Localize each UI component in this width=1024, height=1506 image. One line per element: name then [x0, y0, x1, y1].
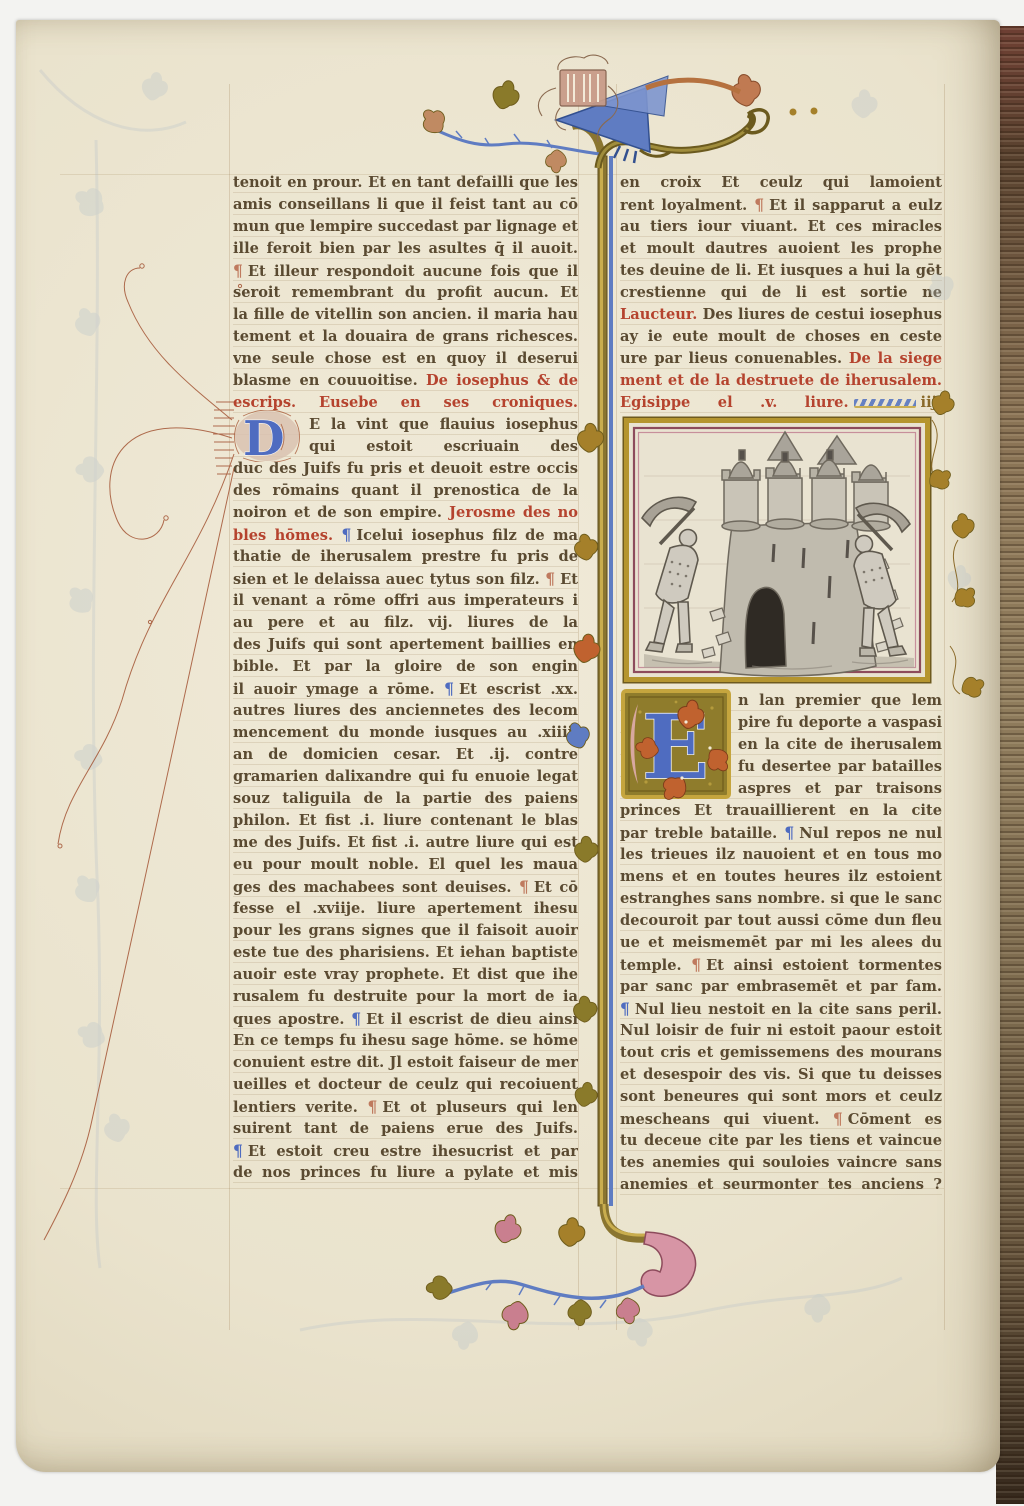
text-line: este tue des pharisiens. Et iehan baptis…	[233, 942, 578, 964]
body-text: Nul loisir de fuir ni estoit paour estoi…	[620, 1022, 942, 1042]
text-column-left: tenoit en prour. Et en tant defailli que…	[233, 172, 578, 1184]
body-text: an de domicien cesar. Et .ij. contre app…	[233, 746, 578, 766]
body-text: des Juifs qui sont apertement baillies e…	[233, 636, 578, 653]
text-line: tes anemies qui souloies vaincre sans	[620, 1152, 942, 1174]
paraph-mark: ¶	[833, 1109, 843, 1128]
body-text: me des Juifs. Et fist .i. autre liure qu…	[233, 834, 578, 851]
body-text: Et cō	[534, 879, 578, 896]
text-column-right-upper: en croix Et ceulz qui lamoient perseuere…	[620, 172, 942, 414]
body-text: Des liures de cestui iosephus	[703, 306, 942, 323]
text-line: sien et le delaissa auec tytus son filz.…	[233, 568, 578, 590]
ruling-line	[229, 84, 230, 1330]
body-text: et desespoir des vis. Si que tu deisses …	[620, 1066, 942, 1086]
body-text: aspres et par traisons	[738, 780, 942, 797]
body-text: noiron et de son empire.	[233, 504, 449, 521]
body-text: duc des Juifs fu pris et deuoit estre oc…	[233, 460, 578, 477]
illuminated-initial-e: E	[620, 688, 732, 800]
text-line: autres liures des anciennetes des lecom	[233, 700, 578, 722]
text-line: mun que lempire succedast par lignage et	[233, 216, 578, 238]
body-text: tenoit en prour. Et en tant defailli que…	[233, 174, 578, 191]
body-text: crestienne qui de li est sortie ne defai…	[620, 284, 942, 304]
body-text: par sanc par embrasemēt et par fam.	[620, 978, 942, 995]
text-line: conuient estre dit. Jl estoit faiseur de…	[233, 1052, 578, 1074]
body-text: lentiers verite.	[233, 1099, 368, 1116]
rubric-text: escrips. Eusebe en ses croniques.	[233, 394, 578, 411]
body-text: fu desertee par batailles	[738, 758, 942, 775]
text-line: en croix Et ceulz qui lamoient perseuere	[620, 172, 942, 194]
text-line: eu pour moult noble. El quel les maua	[233, 854, 578, 876]
body-text: de nos princes fu liure a pylate et mis	[233, 1164, 578, 1181]
text-line: rusalem fu destruite pour la mort de ia	[233, 986, 578, 1008]
chapter-number: iij.	[921, 394, 942, 411]
body-text: pire fu deporte a vaspasi	[738, 714, 942, 731]
body-text: suirent tant de paiens erue des Juifs.	[233, 1120, 578, 1137]
rubric-text: Egisippe el .v. liure.	[620, 394, 849, 411]
initial-letter-d: D	[243, 411, 285, 462]
text-line: ment et de la destruete de iherusalem.	[620, 370, 942, 392]
body-text: ques apostre.	[233, 1011, 351, 1028]
text-line: auoir este vray prophete. Et dist que ih…	[233, 964, 578, 986]
paraph-mark: ¶	[351, 1009, 361, 1028]
body-text: ges des machabees sont deuises.	[233, 879, 519, 896]
book-fore-edge	[996, 26, 1024, 1504]
text-line: noiron et de son empire. Jerosme des no	[233, 502, 578, 524]
text-line: suirent tant de paiens erue des Juifs.	[233, 1118, 578, 1140]
text-line: mencement du monde iusques au .xiiij.	[233, 722, 578, 744]
text-line: seroit remembrant du profit aucun. Et	[233, 282, 578, 304]
body-text: blasme en couuoitise.	[233, 372, 426, 389]
body-text: gramarien dalixandre qui fu enuoie legat	[233, 768, 578, 785]
text-line: ges des machabees sont deuises. ¶Et cō	[233, 876, 578, 898]
text-line: Egisippe el .v. liure.iij.	[620, 392, 942, 414]
body-text: anemies et seurmonter tes anciens ?	[620, 1176, 942, 1193]
body-text: au pere et au filz. vij. liures de la de…	[233, 614, 578, 634]
body-text: autres liures des anciennetes des lecom	[233, 702, 578, 719]
line-filler	[854, 399, 916, 408]
text-line: tout cris et gemissemens des mourans	[620, 1042, 942, 1064]
body-text: en la cite de iherusalem	[738, 736, 942, 753]
text-line: estranghes sans nombre. si que le sanc	[620, 888, 942, 910]
text-line: tement et la douaira de grans richesces.	[233, 326, 578, 348]
text-line: souz taliguila de la partie des paiens c…	[233, 788, 578, 810]
body-text: mescheans qui viuent.	[620, 1111, 833, 1128]
paraph-mark: ¶	[519, 877, 529, 896]
body-text: E la vint que flauius iosephus	[309, 416, 578, 433]
paraph-mark: ¶	[691, 955, 701, 974]
body-text: au tiers iour viuant. Et ces miracles	[620, 218, 942, 235]
rubric-text: De la siege	[849, 350, 942, 367]
body-text: tement et la douaira de grans richesces.	[233, 328, 578, 345]
text-line: me des Juifs. Et fist .i. autre liure qu…	[233, 832, 578, 854]
text-line: En ce temps fu ihesu sage hōme. se hōme	[233, 1030, 578, 1052]
text-line: gramarien dalixandre qui fu enuoie legat	[233, 766, 578, 788]
rubric-text: ment et de la destruete de iherusalem.	[620, 372, 942, 389]
text-line: fesse el .xviije. liure apertement ihesu…	[233, 898, 578, 920]
illuminated-initial-d: D	[229, 410, 303, 462]
body-text: rusalem fu destruite pour la mort de ia	[233, 988, 578, 1005]
text-line: et desespoir des vis. Si que tu deisses …	[620, 1064, 942, 1086]
text-line: philon. Et fist .i. liure contenant le b…	[233, 810, 578, 832]
body-text: mun que lempire succedast par lignage et	[233, 218, 578, 235]
body-text: il auoir ymage a rōme.	[233, 681, 444, 698]
body-text: thatie de iherusalem prestre fu pris de …	[233, 548, 578, 568]
text-line: des Juifs qui sont apertement baillies e…	[233, 634, 578, 656]
text-line: tu deceue cite par les tiens et vaincue …	[620, 1130, 942, 1152]
text-line: princes Et trauaillierent en la cite ded…	[620, 800, 942, 822]
text-line: rent loyalment. ¶Et il sapparut a eulz	[620, 194, 942, 216]
body-text: bible. Et par la gloire de son engin des…	[233, 658, 578, 678]
body-text: este tue des pharisiens. Et iehan baptis…	[233, 944, 578, 961]
body-text: conuient estre dit. Jl estoit faiseur de…	[233, 1054, 578, 1071]
text-line: ure par lieus conuenables. De la siege	[620, 348, 942, 370]
paraph-mark: ¶	[620, 999, 630, 1018]
text-line: mens et en toutes heures ilz estoient	[620, 866, 942, 888]
body-text: Et ainsi estoient tormentes	[706, 957, 942, 974]
body-text: des rōmains quant il prenostica de la mo…	[233, 482, 578, 502]
text-line: thatie de iherusalem prestre fu pris de …	[233, 546, 578, 568]
body-text: estranghes sans nombre. si que le sanc	[620, 890, 942, 907]
rubric-text: Laucteur.	[620, 306, 703, 323]
body-text: et moult dautres auoient les prophe	[620, 240, 942, 257]
body-text: il venant a rōme offri aus imperateurs i	[233, 592, 578, 609]
body-text: decouroit par tout aussi cōme dun fleu	[620, 912, 942, 929]
paraph-mark: ¶	[754, 195, 764, 214]
body-text: par treble bataille.	[620, 825, 784, 842]
ruling-line	[578, 84, 579, 1330]
body-text: la fille de vitellin son ancien. il mari…	[233, 306, 578, 323]
body-text: pour les grans signes que il faisoit auo…	[233, 922, 578, 939]
body-text: tu deceue cite par les tiens et vaincue …	[620, 1132, 942, 1152]
text-line: ue et meismemēt par mi les alees du	[620, 932, 942, 954]
ruling-line	[616, 84, 617, 1330]
text-line: ille feroit bien par les asultes q̄ il a…	[233, 238, 578, 260]
text-line: par sanc par embrasemēt et par fam.	[620, 976, 942, 998]
body-text: mencement du monde iusques au .xiiij.	[233, 724, 578, 741]
text-line: ¶Nul lieu nestoit en la cite sans peril.	[620, 998, 942, 1020]
body-text: Et ot pluseurs qui len	[382, 1099, 578, 1116]
ruling-line	[944, 84, 945, 1330]
paraph-mark: ¶	[444, 679, 454, 698]
text-line: ueilles et docteur de ceulz qui recoiuen…	[233, 1074, 578, 1096]
text-line: de nos princes fu liure a pylate et mis	[233, 1162, 578, 1184]
body-text: Et il sapparut a eulz	[769, 197, 942, 214]
paraph-mark: ¶	[545, 569, 555, 588]
text-line: au tiers iour viuant. Et ces miracles	[620, 216, 942, 238]
text-line: bles hōmes. ¶Icelui iosephus filz de ma	[233, 524, 578, 546]
rubric-text: Jerosme des no	[449, 504, 578, 521]
body-text: Et il escrist de dieu ainsi	[366, 1011, 578, 1028]
body-text: qui estoit escriuain des hystoires &	[309, 438, 578, 458]
text-line: et moult dautres auoient les prophe	[620, 238, 942, 260]
text-line: il auoir ymage a rōme. ¶Et escrist .xx.	[233, 678, 578, 700]
body-text: tes anemies qui souloies vaincre sans	[620, 1154, 942, 1171]
text-line: mescheans qui viuent. ¶Cōment es	[620, 1108, 942, 1130]
body-text: mens et en toutes heures ilz estoient	[620, 868, 942, 885]
text-line: ay ie eute moult de choses en ceste oeu	[620, 326, 942, 348]
body-text: amis conseillans li que il feist tant au…	[233, 196, 578, 213]
miniature-demolition-of-jerusalem	[622, 416, 932, 684]
text-line: il venant a rōme offri aus imperateurs i	[233, 590, 578, 612]
main-wall	[720, 522, 876, 676]
body-text: sont beneures qui sont mors et ceulz son…	[620, 1088, 942, 1108]
text-line: les trieues ilz nauoient et en tous mo	[620, 844, 942, 866]
gate-door	[745, 587, 786, 668]
body-text: vne seule chose est en quoy il deserui e…	[233, 350, 578, 370]
body-text: souz taliguila de la partie des paiens c…	[233, 790, 578, 810]
body-text: tes deuine de li. Et iusques a hui la gē…	[620, 262, 942, 279]
text-line: Laucteur. Des liures de cestui iosephus	[620, 304, 942, 326]
paraph-mark: ¶	[233, 261, 243, 280]
text-line: temple. ¶Et ainsi estoient tormentes	[620, 954, 942, 976]
text-line: des rōmains quant il prenostica de la mo…	[233, 480, 578, 502]
text-line: au pere et au filz. vij. liures de la de…	[233, 612, 578, 634]
text-line: tenoit en prour. Et en tant defailli que…	[233, 172, 578, 194]
paraph-mark: ¶	[784, 823, 794, 842]
text-line: an de domicien cesar. Et .ij. contre app…	[233, 744, 578, 766]
text-line: ¶Et illeur respondoit aucune fois que il	[233, 260, 578, 282]
body-text: les trieues ilz nauoient et en tous mo	[620, 846, 942, 863]
text-line: blasme en couuoitise. De iosephus & de s…	[233, 370, 578, 392]
body-text: ueilles et docteur de ceulz qui recoiuen…	[233, 1076, 578, 1096]
text-line: sont beneures qui sont mors et ceulz son…	[620, 1086, 942, 1108]
text-line: vne seule chose est en quoy il deserui e…	[233, 348, 578, 370]
body-text: En ce temps fu ihesu sage hōme. se hōme	[233, 1032, 578, 1049]
text-line: pour les grans signes que il faisoit auo…	[233, 920, 578, 942]
body-text: temple.	[620, 957, 691, 974]
body-text: ue et meismemēt par mi les alees du	[620, 934, 942, 951]
body-text: Et estoit creu estre ihesucrist et par ē…	[233, 1143, 578, 1162]
body-text: Nul lieu nestoit en la cite sans peril.	[635, 1001, 942, 1018]
body-text: ille feroit bien par les asultes q̄ il a…	[233, 240, 578, 257]
paraph-mark: ¶	[368, 1097, 378, 1116]
text-line: ¶Et estoit creu estre ihesucrist et par …	[233, 1140, 578, 1162]
body-text: Et illeur respondoit aucune fois que il	[248, 263, 578, 280]
body-text: sien et le delaissa auec tytus son filz.	[233, 571, 545, 588]
text-line: amis conseillans li que il feist tant au…	[233, 194, 578, 216]
text-line: anemies et seurmonter tes anciens ?	[620, 1174, 942, 1196]
text-line: par treble bataille. ¶Nul repos ne nul	[620, 822, 942, 844]
body-text: Cōment es	[848, 1111, 942, 1128]
body-text: ure par lieus conuenables.	[620, 350, 849, 367]
paraph-mark: ¶	[341, 525, 351, 544]
body-text: n lan premier que lem	[738, 692, 942, 709]
text-line: bible. Et par la gloire de son engin des…	[233, 656, 578, 678]
body-text: seroit remembrant du profit aucun. Et	[233, 284, 578, 301]
body-text: eu pour moult noble. El quel les maua	[233, 856, 578, 873]
body-text: Et escrist .xx.	[459, 681, 578, 698]
text-line: ques apostre. ¶Et il escrist de dieu ain…	[233, 1008, 578, 1030]
text-line: decouroit par tout aussi cōme dun fleu	[620, 910, 942, 932]
manuscript-photo: tenoit en prour. Et en tant defailli que…	[0, 0, 1024, 1506]
body-text: en croix Et ceulz qui lamoient perseuere	[620, 174, 942, 194]
body-text: fesse el .xviije. liure apertement ihesu…	[233, 900, 578, 920]
text-line: Nul loisir de fuir ni estoit paour estoi…	[620, 1020, 942, 1042]
rubric-text: bles hōmes.	[233, 527, 341, 544]
body-text: Et	[560, 571, 578, 588]
body-text: auoir este vray prophete. Et dist que ih…	[233, 966, 578, 983]
body-text: Icelui iosephus filz de ma	[356, 527, 578, 544]
body-text: princes Et trauaillierent en la cite ded…	[620, 802, 942, 822]
body-text: ay ie eute moult de choses en ceste oeu	[620, 328, 942, 348]
text-line: tes deuine de li. Et iusques a hui la gē…	[620, 260, 942, 282]
text-line: crestienne qui de li est sortie ne defai…	[620, 282, 942, 304]
text-line: la fille de vitellin son ancien. il mari…	[233, 304, 578, 326]
paraph-mark: ¶	[233, 1141, 243, 1160]
body-text: rent loyalment.	[620, 197, 754, 214]
body-text: Nul repos ne nul	[799, 825, 942, 842]
body-text: philon. Et fist .i. liure contenant le b…	[233, 812, 578, 829]
body-text: tout cris et gemissemens des mourans	[620, 1044, 942, 1061]
text-line: lentiers verite. ¶Et ot pluseurs qui len	[233, 1096, 578, 1118]
